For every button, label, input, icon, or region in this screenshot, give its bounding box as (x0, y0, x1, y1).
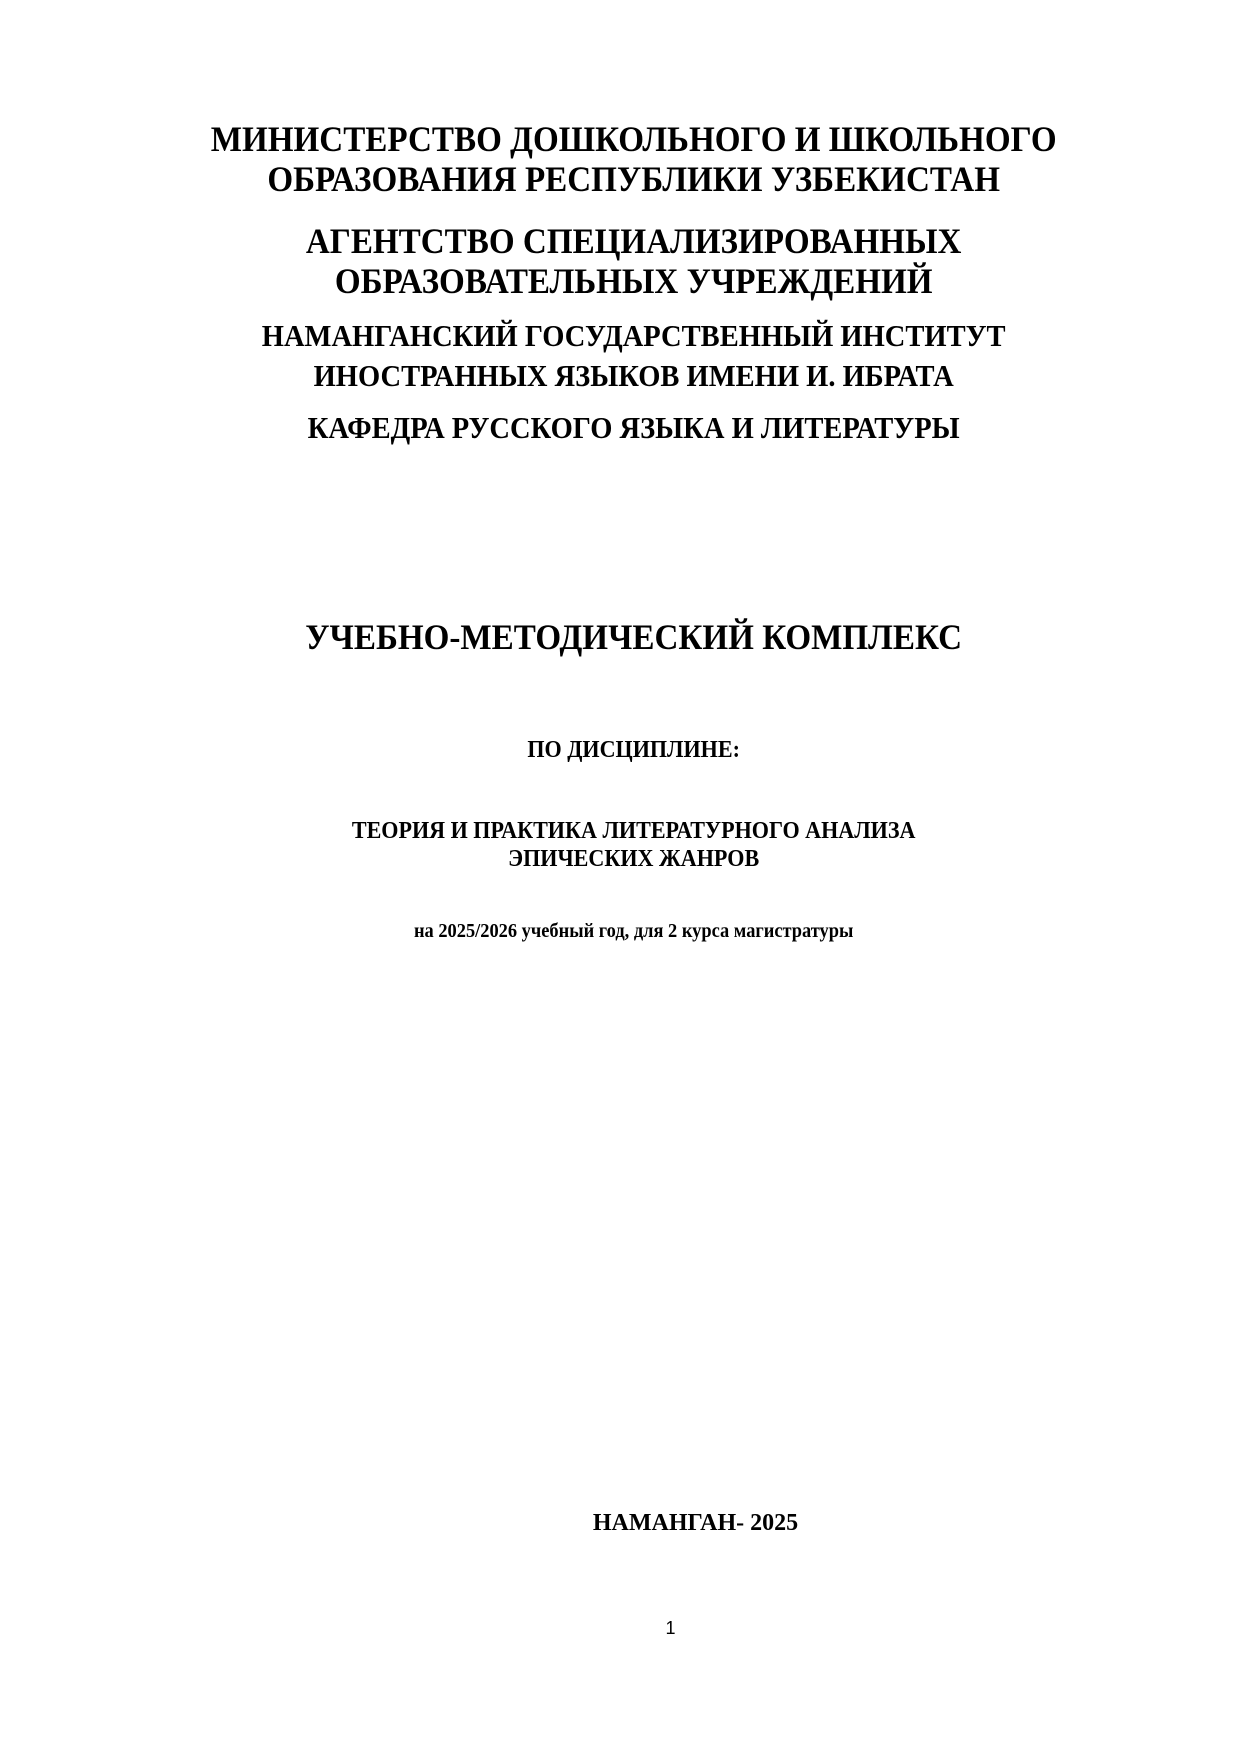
discipline-name-line-1: ТЕОРИЯ И ПРАКТИКА ЛИТЕРАТУРНОГО АНАЛИЗА (63, 818, 1205, 845)
ministry-title-line-1: МИНИСТЕРСТВО ДОШКОЛЬНОГО И ШКОЛЬНОГО (63, 118, 1205, 160)
city-year: НАМАНГАН- 2025 (0, 1510, 1241, 1537)
institute-title-line-1: НАМАНГАНСКИЙ ГОСУДАРСТВЕННЫЙ ИНСТИТУТ (63, 318, 1205, 354)
institute-title-line-2: ИНОСТРАННЫХ ЯЗЫКОВ ИМЕНИ И. ИБРАТА (63, 358, 1205, 394)
discipline-label: ПО ДИСЦИПЛИНЕ: (63, 737, 1205, 764)
ministry-title-line-2: ОБРАЗОВАНИЯ РЕСПУБЛИКИ УЗБЕКИСТАН (63, 158, 1205, 200)
discipline-name-line-2: ЭПИЧЕСКИХ ЖАНРОВ (63, 846, 1205, 873)
page-number: 1 (0, 1618, 1241, 1639)
agency-title-line-1: АГЕНТСТВО СПЕЦИАЛИЗИРОВАННЫХ (63, 220, 1205, 262)
document-title: УЧЕБНО-МЕТОДИЧЕСКИЙ КОМПЛЕКС (63, 616, 1205, 658)
department-title: КАФЕДРА РУССКОГО ЯЗЫКА И ЛИТЕРАТУРЫ (63, 410, 1205, 446)
academic-year-note: на 2025/2026 учебный год, для 2 курса ма… (63, 920, 1205, 943)
agency-title-line-2: ОБРАЗОВАТЕЛЬНЫХ УЧРЕЖДЕНИЙ (63, 260, 1205, 302)
